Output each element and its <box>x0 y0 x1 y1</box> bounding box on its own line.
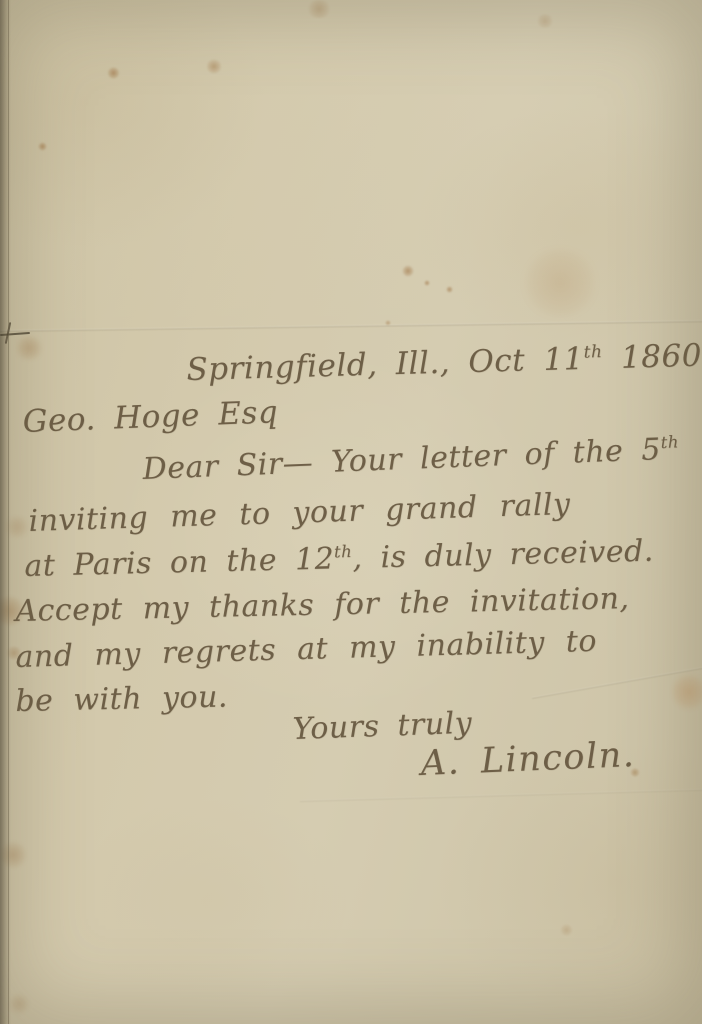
letter-text-segment: th <box>583 342 602 363</box>
letter-text-segment: A. Lincoln. <box>420 735 636 784</box>
letter-text-segment: be with you. <box>15 680 228 719</box>
letter-page: Springfield, Ill., Oct 11th 1860.Geo. Ho… <box>0 0 702 1024</box>
letter-text-segment: th <box>334 542 353 561</box>
letter-text-segment: Dear Sir— Your letter of the 5 <box>142 432 662 487</box>
page-edge-line <box>8 0 9 1024</box>
letter-text-segment: Accept my thanks for the invitation, <box>15 581 630 629</box>
letter-text-segment: at Paris on the 12 <box>24 541 335 584</box>
letter-text-segment: 1860. <box>602 337 702 376</box>
letter-text-segment: Yours truly <box>292 706 473 747</box>
letter-text-segment: , is duly received. <box>352 534 654 576</box>
letter-lines: Springfield, Ill., Oct 11th 1860.Geo. Ho… <box>0 0 702 1024</box>
letter-line-body-2: at Paris on the 12th, is duly received. <box>24 534 654 584</box>
letter-text-segment: Geo. Hoge Esq <box>22 394 279 440</box>
letter-line-body-1: inviting me to your grand rally <box>28 487 571 539</box>
letter-line-body-5: be with you. <box>15 680 228 719</box>
letter-line-body-3: Accept my thanks for the invitation, <box>15 581 630 629</box>
letter-text-segment: inviting me to your grand rally <box>28 487 571 539</box>
letter-text-segment: Springfield, Ill., Oct 11 <box>186 341 584 388</box>
letter-text-segment: and my regrets at my inability to <box>15 624 597 675</box>
letter-line-dateline: Springfield, Ill., Oct 11th 1860. <box>186 337 702 388</box>
letter-line-salutation: Dear Sir— Your letter of the 5th <box>142 431 680 487</box>
letter-line-signature: A. Lincoln. <box>420 735 636 784</box>
letter-line-recipient: Geo. Hoge Esq <box>22 394 279 440</box>
page-left-edge <box>0 0 11 1024</box>
letter-line-closing: Yours truly <box>292 706 473 747</box>
letter-line-body-4: and my regrets at my inability to <box>15 624 597 675</box>
letter-text-segment: th <box>660 432 679 452</box>
